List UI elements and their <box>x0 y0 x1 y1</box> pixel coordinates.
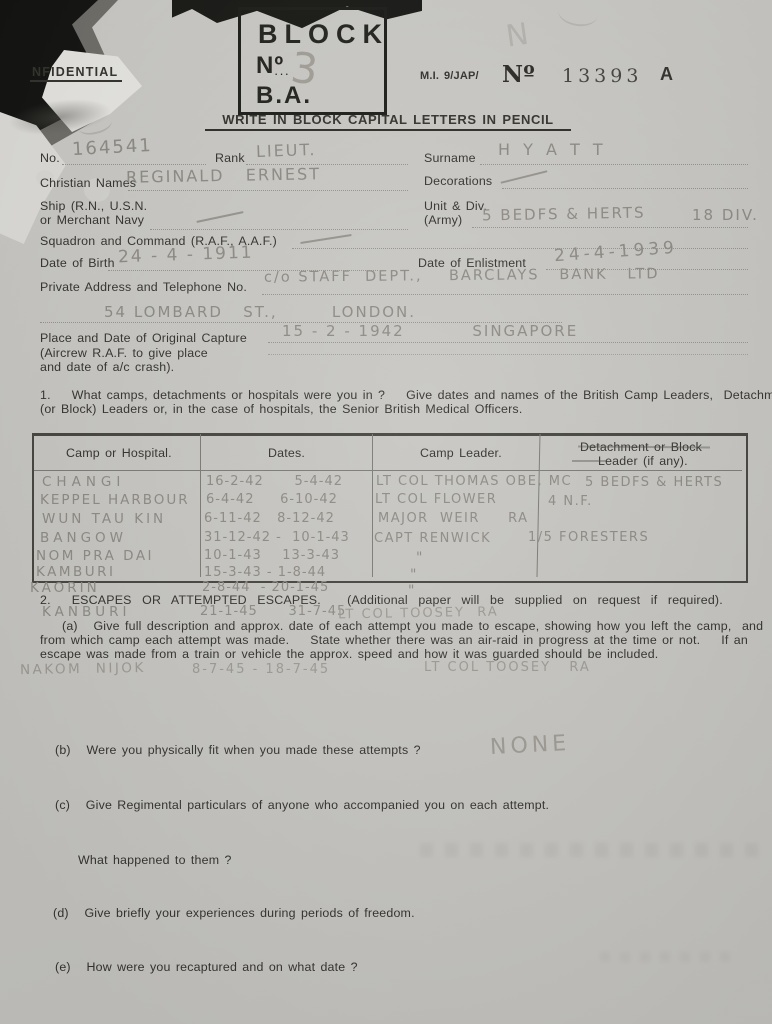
escape-item-d: (d) Give briefly your experiences during… <box>53 906 415 920</box>
table-row-camp: BANGOW <box>40 530 127 546</box>
ref-number: 13393 <box>562 65 642 87</box>
instruction-heading: WRITE IN BLOCK CAPITAL LETTERS IN PENCIL <box>205 112 571 131</box>
field-capture-line-1 <box>268 342 748 343</box>
field-address-value-2: 54 LOMBARD ST., LONDON. <box>104 303 416 321</box>
table-row-dates: 6-4-42 6-10-42 <box>206 492 338 507</box>
field-capture-line-2 <box>268 354 748 355</box>
table-row-camp: KAMBURI <box>36 564 116 580</box>
pencil-scribble-curve <box>556 0 600 29</box>
bleed-through-band <box>420 843 760 857</box>
escape-item-c: (c) Give Regimental particulars of anyon… <box>55 798 549 812</box>
ref-letter: A <box>660 64 673 85</box>
field-capture-note-1: (Aircrew R.A.F. to give place <box>40 346 208 360</box>
table-row-detachment: 5 BEDFS & HERTS <box>585 475 723 490</box>
pencil-scribble: N <box>504 16 533 54</box>
bleed-through-band-2 <box>600 952 730 962</box>
ship-pencil-dash <box>196 211 243 223</box>
escape-item-a-line-2: from which camp each attempt was made. S… <box>40 633 748 647</box>
field-rank-label: Rank <box>215 151 245 165</box>
field-no-line <box>62 164 206 165</box>
table-row-leader: LT COL THOMAS OBE, MC <box>376 474 572 489</box>
field-decorations-label: Decorations <box>424 174 492 188</box>
field-no-label: No. <box>40 151 60 165</box>
block-number-stamp: BLOCK Nº ··· 3 B.A. <box>238 7 387 115</box>
detachment-header-strike-2 <box>572 460 606 462</box>
field-christian-value: REGINALD ERNEST <box>126 164 321 186</box>
question-1-line-2: (or Block) Leaders or, in the case of ho… <box>40 402 522 416</box>
field-ship-label-1: Ship (R.N., U.S.N. <box>40 199 147 213</box>
overflow-row-dates: 21-1-45 31-7-45 <box>200 604 346 619</box>
table-row-camp: NOM PRA DAI <box>36 548 154 564</box>
escape-item-e: (e) How were you recaptured and on what … <box>55 960 358 974</box>
table-row-leader: LT COL FLOWER <box>375 492 497 507</box>
camps-table-col-divider-2 <box>372 434 373 577</box>
field-unit-line <box>472 227 748 228</box>
table-row-leader: CAPT RENWICK <box>374 531 491 546</box>
table-row-dates: 31-12-42 - 10-1-43 <box>204 530 350 545</box>
overflow-row-dates: 8-7-45 - 18-7-45 <box>192 662 330 677</box>
overflow-row-leader: LT COL TOOSEY RA <box>424 660 591 675</box>
field-ship-line <box>150 229 408 230</box>
field-dob-value: 24 - 4 - 1911 <box>118 243 254 268</box>
squadron-pencil-dash <box>300 234 352 244</box>
table-row-camp: KEPPEL HARBOUR <box>40 492 190 508</box>
table-header-detachment-2: Leader (if any). <box>598 454 688 468</box>
decorations-pencil-dash <box>500 170 547 184</box>
field-capture-value: 15 - 2 - 1942 SINGAPORE <box>282 322 578 340</box>
table-header-leader: Camp Leader. <box>420 446 502 460</box>
camps-table-col-divider-1 <box>200 434 201 577</box>
field-address-line-1 <box>262 294 748 295</box>
table-header-camp: Camp or Hospital. <box>66 446 172 460</box>
escape-item-c-followup: What happened to them ? <box>78 853 232 867</box>
table-header-dates: Dates. <box>268 446 305 460</box>
table-row-leader-ditto: " <box>416 550 424 566</box>
table-row-dates: 10-1-43 13-3-43 <box>204 548 340 563</box>
escape-item-b: (b) Were you physically fit when you mad… <box>55 743 421 757</box>
field-unit-value: 5 BEDFS & HERTS <box>482 204 646 225</box>
escape-item-b-answer: NONE <box>489 731 570 760</box>
field-address-label: Private Address and Telephone No. <box>40 280 247 294</box>
escape-item-a-line-1: (a) Give full description and approx. da… <box>62 619 763 633</box>
table-row-leader-ditto: " <box>410 567 418 583</box>
overflow-row-camp: NAKOM NIJOK <box>20 660 146 678</box>
field-enlistment-value: 24-4-1939 <box>553 238 678 267</box>
field-capture-label: Place and Date of Original Capture <box>40 331 247 345</box>
table-row-detachment: 4 N.F. <box>548 494 593 509</box>
question-2-text: 2. ESCAPES OR ATTEMPTED ESCAPES. (Additi… <box>40 593 723 607</box>
question-1-line-1: 1. What camps, detachments or hospitals … <box>40 388 772 402</box>
field-capture-note-2: and date of a/c crash). <box>40 360 174 374</box>
field-dob-label: Date of Birth <box>40 256 115 270</box>
field-rank-value: LIEUT. <box>256 140 317 161</box>
field-address-value-1: c/o STAFF DEPT., BARCLAYS BANK LTD <box>264 266 660 285</box>
pow-questionnaire-scan: N NFIDENTIAL BLOCK Nº ··· 3 B.A. M.I. 9/… <box>0 0 772 1024</box>
table-row-camp: CHANGI <box>42 474 125 490</box>
overflow-row-camp: KANBURI <box>42 604 130 620</box>
table-row-detachment: 1/5 FORESTERS <box>528 530 649 545</box>
table-row-dates: 6-11-42 8-12-42 <box>204 511 335 526</box>
table-row-dates: 15-3-43 - 1-8-44 <box>204 565 326 580</box>
field-christian-line <box>128 190 408 191</box>
stamp-no-dots: ··· <box>274 66 290 81</box>
ref-no-label: Nº <box>502 61 535 88</box>
ref-mi-label: M.I. 9/JAP/ <box>420 70 479 82</box>
confidential-label: NFIDENTIAL <box>30 65 122 82</box>
field-surname-value: H Y A T T <box>498 140 607 159</box>
table-row-dates: 16-2-42 5-4-42 <box>206 474 343 489</box>
field-surname-line <box>480 164 748 165</box>
field-no-value: 164541 <box>72 135 154 160</box>
field-unit-value-2: 18 DIV. <box>692 206 759 224</box>
field-surname-label: Surname <box>424 151 476 165</box>
field-ship-label-2: or Merchant Navy <box>40 213 144 227</box>
field-decorations-line <box>502 188 748 189</box>
field-unit-label-2: (Army) <box>424 213 462 227</box>
field-unit-label-1: Unit & Div. <box>424 199 487 213</box>
table-row-leader: MAJOR WEIR RA <box>378 511 528 526</box>
stamp-ba-text: B.A. <box>256 82 312 110</box>
escape-item-a-line-3: escape was made from a train or vehicle … <box>40 647 658 661</box>
table-row-camp: WUN TAU KIN <box>42 511 166 527</box>
stamp-block-text: BLOCK <box>258 19 389 50</box>
field-christian-label: Christian Names <box>40 176 136 190</box>
camps-table-header-divider <box>34 470 742 471</box>
field-squadron-line <box>292 248 748 249</box>
